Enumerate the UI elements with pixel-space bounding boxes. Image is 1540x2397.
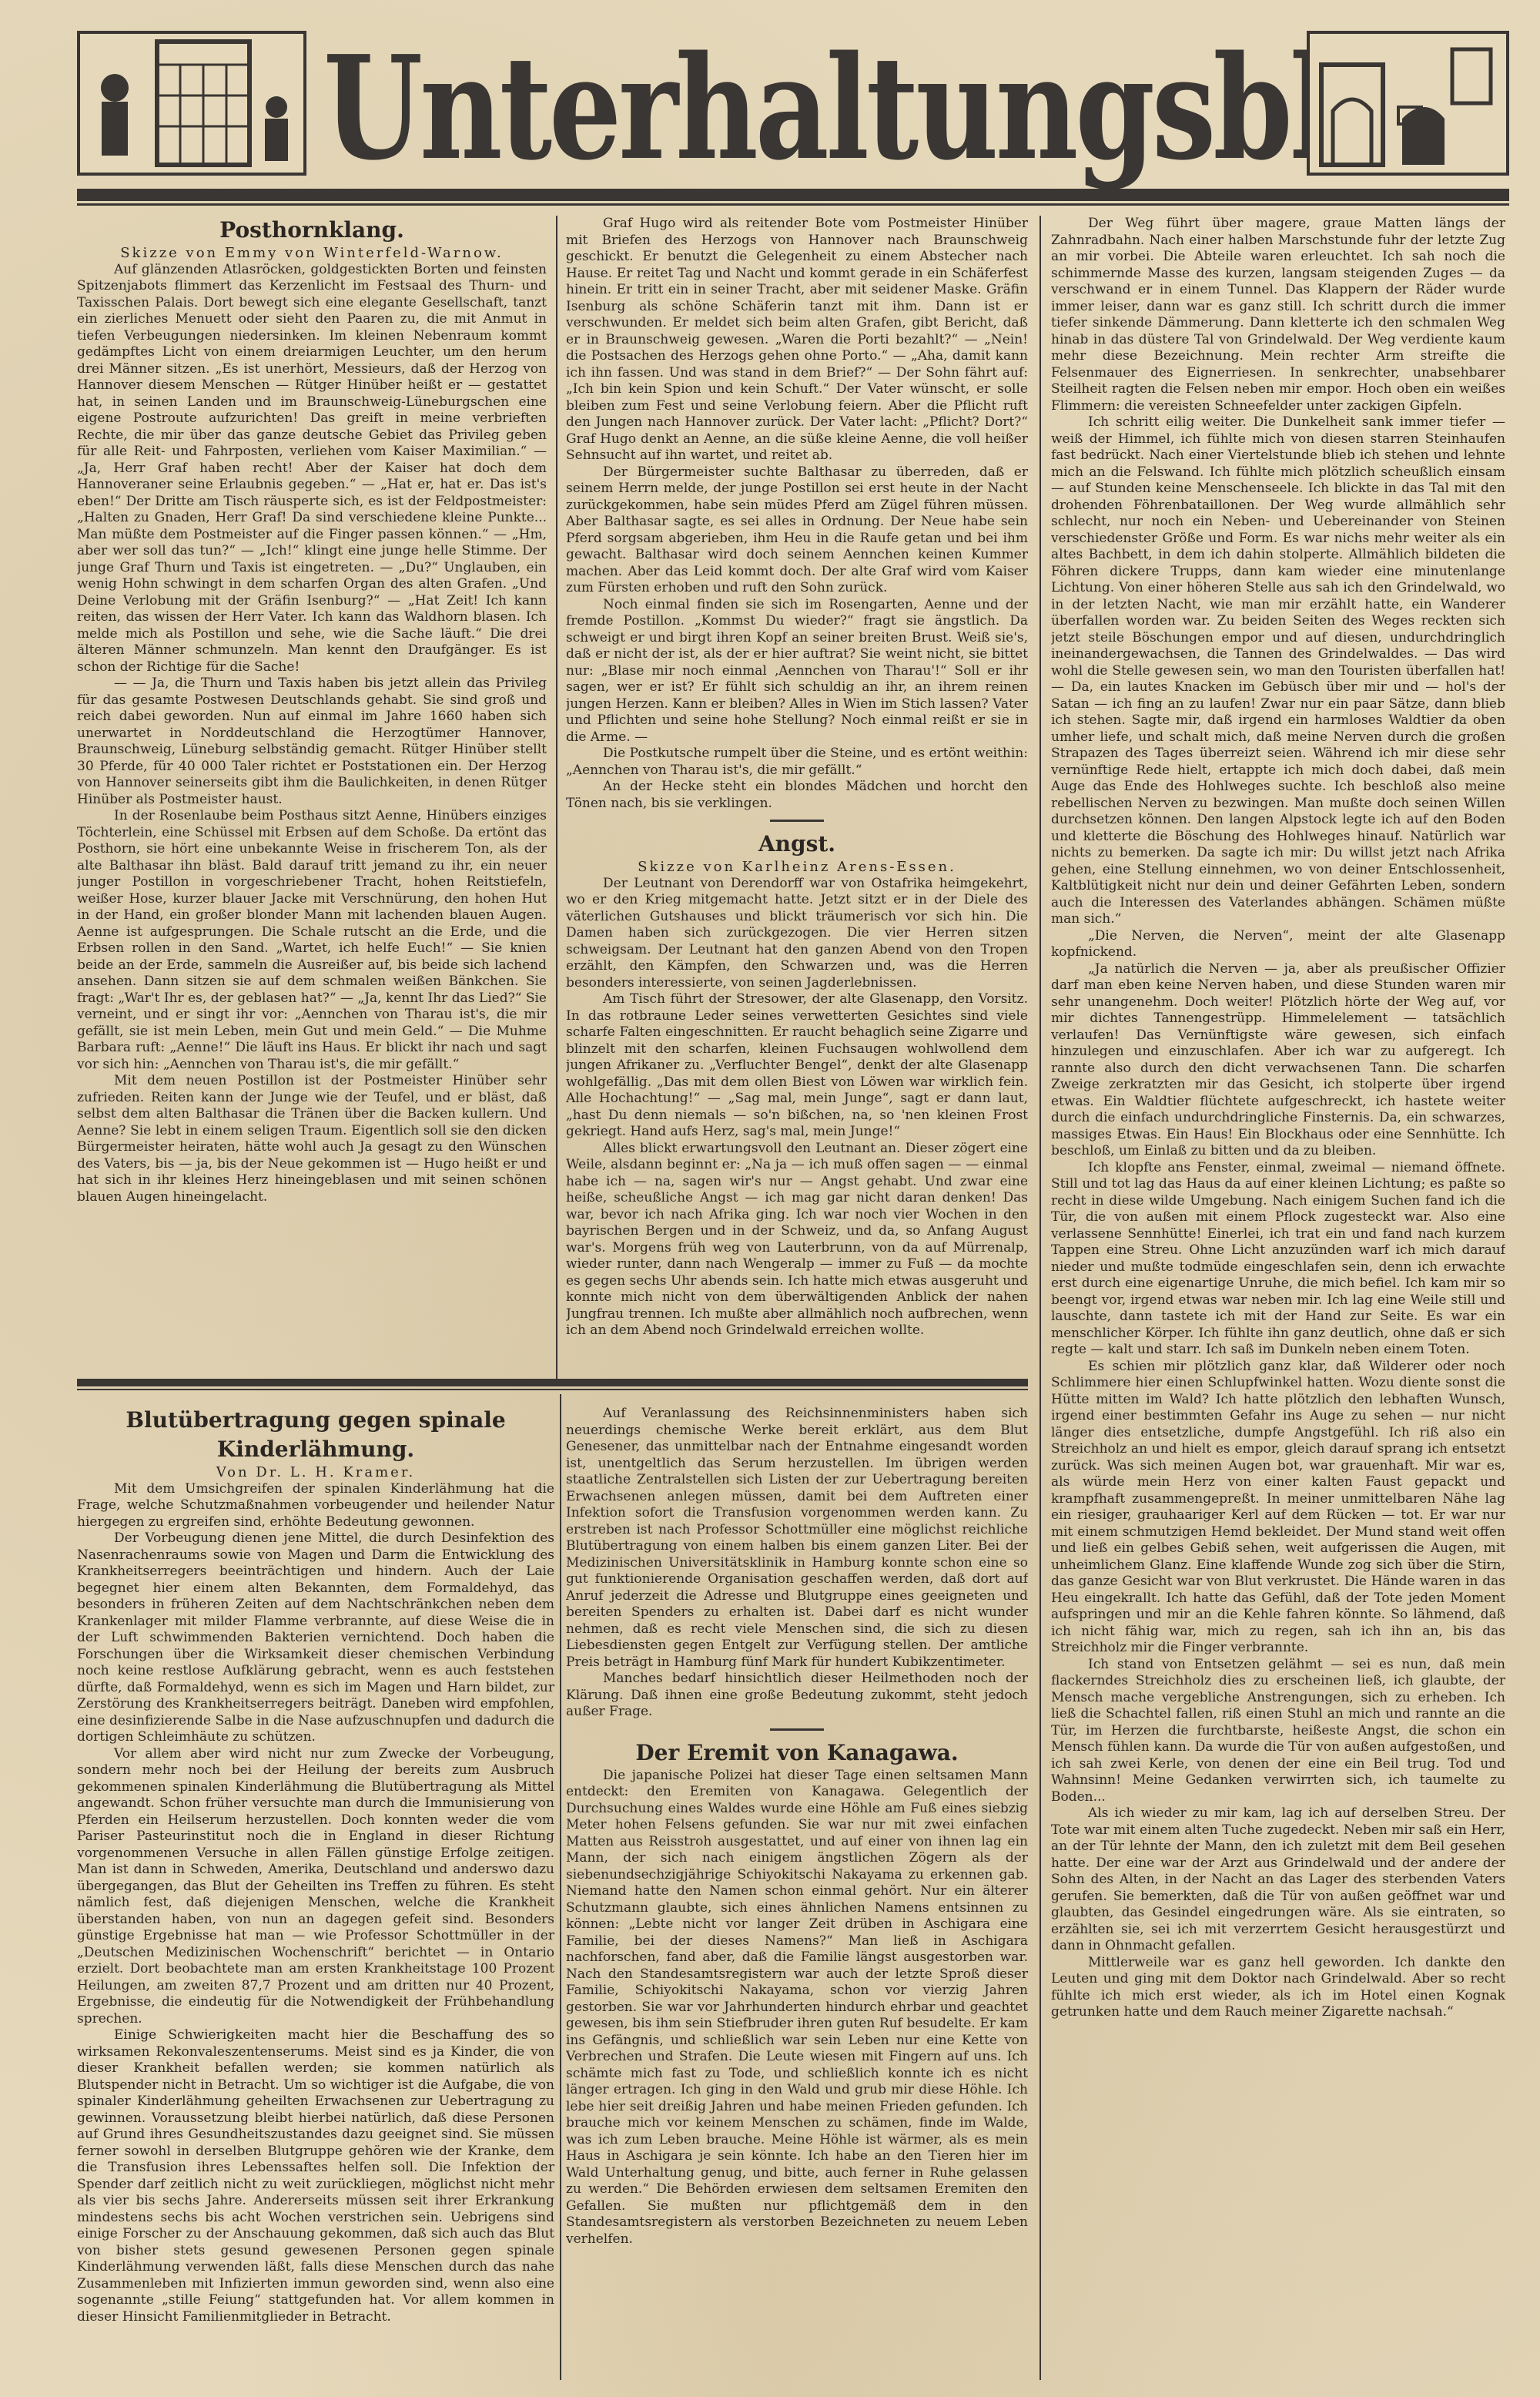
column-divider <box>560 1394 561 2380</box>
article-byline: Skizze von Emmy von Winterfeld-Warnow. <box>77 245 547 262</box>
paragraph: Einige Schwierigkeiten macht hier die Be… <box>77 2027 554 2325</box>
paragraph: An der Hecke steht ein blondes Mädchen u… <box>566 779 1028 812</box>
paragraph: Der Vorbeugung dienen jene Mittel, die d… <box>77 1530 554 1746</box>
fireplace-reader-woodcut-icon <box>1307 31 1509 176</box>
paragraph: Ich klopfte ans Fenster, einmal, zweimal… <box>1051 1160 1505 1359</box>
article-posthornklang-col2: Graf Hugo wird als reitender Bote vom Po… <box>566 216 1028 1375</box>
paragraph: Als ich wieder zu mir kam, lag ich auf d… <box>1051 1805 1505 1955</box>
paragraph: Der Bürgermeister suchte Balthasar zu üb… <box>566 464 1028 597</box>
article-title: Posthornklang. <box>77 216 547 245</box>
masthead-rule <box>77 189 1509 201</box>
paragraph: Vor allem aber wird nicht nur zum Zwecke… <box>77 1746 554 2028</box>
article-title: Der Eremit von Kanagawa. <box>566 1738 1028 1768</box>
article-byline: Von Dr. L. H. Kramer. <box>77 1464 554 1481</box>
paragraph: Es schien mir plötzlich ganz klar, daß W… <box>1051 1359 1505 1657</box>
article-byline: Skizze von Karlheinz Arens-Essen. <box>566 859 1028 876</box>
paragraph: Manches bedarf hinsichtlich dieser Heilm… <box>566 1671 1028 1721</box>
paragraph: „Die Nerven, die Nerven“, meint der alte… <box>1051 928 1505 961</box>
masthead: Unterhaltungsblatt <box>77 23 1509 185</box>
paragraph: Auf glänzenden Atlasröcken, goldgestickt… <box>77 262 547 676</box>
paragraph: Die japanische Polizei hat dieser Tage e… <box>566 1768 1028 2248</box>
article-blutuebertragung-col2: Auf Veranlassung des Reichsinnenminister… <box>566 1406 1028 2376</box>
paragraph: „Ja natürlich die Nerven — ja, aber als … <box>1051 961 1505 1160</box>
paragraph: Am Tisch führt der Stresower, der alte G… <box>566 991 1028 1141</box>
article-blutuebertragung-col1: Blutübertragung gegen spinale Kinderlähm… <box>77 1406 554 2376</box>
paragraph: Graf Hugo wird als reitender Bote vom Po… <box>566 216 1028 464</box>
paragraph: Mit dem Umsichgreifen der spinalen Kinde… <box>77 1481 554 1531</box>
paragraph: Ich stand von Entsetzen gelähmt — sei es… <box>1051 1657 1505 1806</box>
paragraph: Mit dem neuen Postillon ist der Postmeis… <box>77 1073 547 1205</box>
paragraph: Noch einmal finden sie sich im Rosengart… <box>566 597 1028 746</box>
paragraph: Der Leutnant von Derendorff war von Osta… <box>566 876 1028 992</box>
paragraph: Die Postkutsche rumpelt über die Steine,… <box>566 746 1028 779</box>
paragraph: In der Rosenlaube beim Posthaus sitzt Ae… <box>77 808 547 1073</box>
article-title: Blutübertragung gegen spinale Kinderlähm… <box>77 1406 554 1464</box>
section-rule-thin <box>77 1389 1028 1390</box>
section-rule <box>77 1379 1028 1386</box>
column-divider <box>556 216 557 1379</box>
paragraph: Auf Veranlassung des Reichsinnenminister… <box>566 1406 1028 1671</box>
article-separator <box>770 820 824 822</box>
article-separator <box>770 1728 824 1731</box>
tiled-stove-woodcut-icon <box>77 31 306 176</box>
article-title: Angst. <box>566 830 1028 859</box>
column-divider <box>1039 216 1041 2380</box>
paragraph: Ich schritt eilig weiter. Die Dunkelheit… <box>1051 414 1505 928</box>
article-posthornklang-col1: Posthornklang. Skizze von Emmy von Winte… <box>77 216 547 1375</box>
paragraph: Mittlerweile war es ganz hell geworden. … <box>1051 1955 1505 2021</box>
paragraph: — — Ja, die Thurn und Taxis haben bis je… <box>77 676 547 808</box>
masthead-title: Unterhaltungsblatt <box>323 12 1286 204</box>
paragraph: Der Weg führt über magere, graue Matten … <box>1051 216 1505 414</box>
masthead-rule-thin <box>77 203 1509 206</box>
paragraph: Alles blickt erwartungsvoll den Leutnant… <box>566 1141 1028 1339</box>
article-angst-col3: Der Weg führt über magere, graue Matten … <box>1051 216 1505 2372</box>
